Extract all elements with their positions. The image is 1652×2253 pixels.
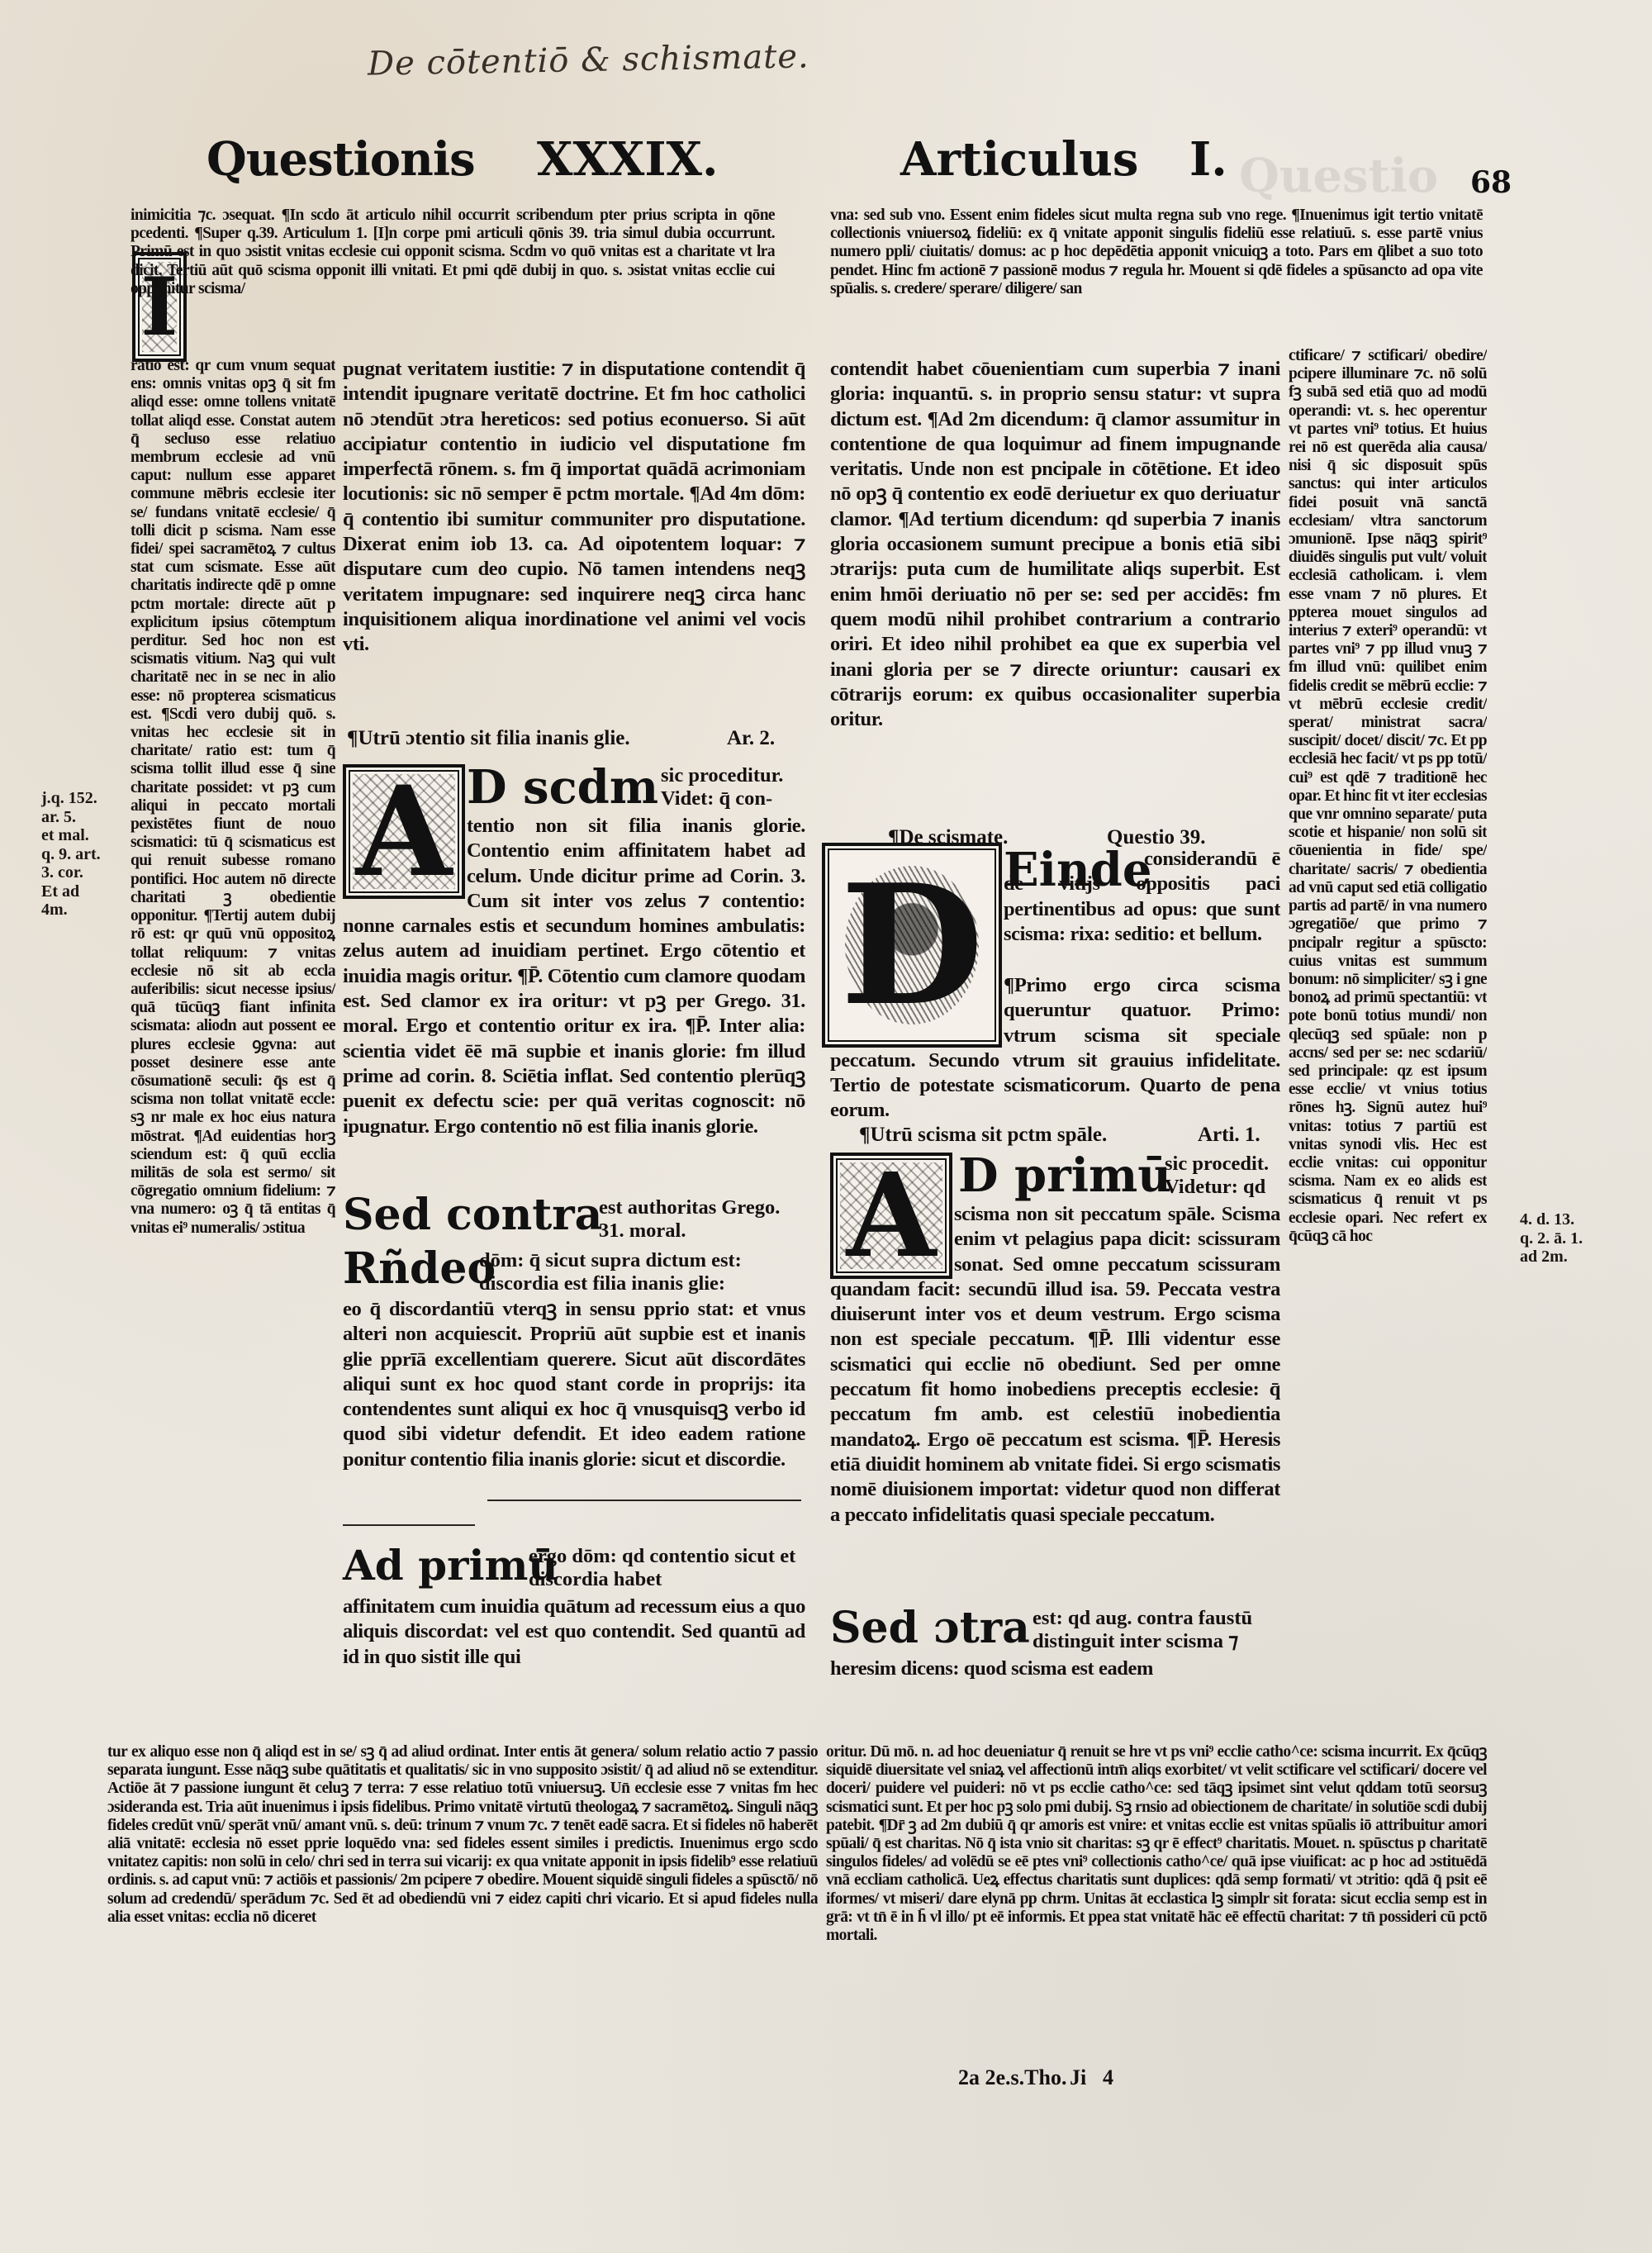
sed-contra-body-2-text: heresim dicens: quod scisma est eadem (830, 1657, 1153, 1680)
article-2-rubric: ¶Utrū ɔtentio sit filia inanis glie. (347, 727, 630, 750)
main-right-opening-text: contendit habet cōuenientiam cum superbi… (830, 358, 1280, 730)
commentary-right-column-text: ctificare/ ⁊ sctificari/ obedire/ pciper… (1289, 347, 1487, 1245)
commentary-right-column: ctificare/ ⁊ sctificari/ obedire/ pciper… (1289, 347, 1487, 1727)
article-1-label: Arti. 1. (1198, 1124, 1260, 1147)
sed-contra-body-2: heresim dicens: quod scisma est eadem (830, 1656, 1280, 1685)
sed-contra-heading-2: Sed ɔtra (830, 1607, 1030, 1650)
sed-contra-side-2: est: qd aug. contra faustū distinguit in… (1032, 1607, 1280, 1653)
sed-contra-text: est authoritas Grego. 31. moral. (599, 1196, 805, 1243)
incipit-deinde-side-text: considerandū ē de vitijs oppositis paci … (1004, 848, 1280, 945)
incipit-ad-primum: D primū (958, 1153, 1171, 1199)
article-2-number: Ar. 2. (727, 727, 775, 750)
running-head-question-label: Questionis (206, 132, 475, 187)
article-2-title: ¶Utrū ɔtentio sit filia inanis glie. (347, 727, 630, 749)
signature-mark: Ji (1070, 2065, 1086, 2090)
running-head-article-label: Articulus (900, 132, 1138, 187)
handwritten-annotation: De cōtentiō & schismate. (368, 37, 809, 83)
commentary-top-left-text: inimicitia ⁊c. ɔsequat. ¶In scdo āt arti… (131, 207, 775, 297)
incipit-ad-secundum: D scdm (467, 764, 658, 810)
incipit-ad-primum-side: sic procedit. Videtur: qd (1165, 1153, 1280, 1199)
ink-underline (343, 1524, 475, 1526)
main-right-opening: contendit habet cōuenientiam cum superbi… (830, 357, 1280, 824)
commentary-bottom-left-text: tur ex aliquo esse non q̄ aliqd est in s… (107, 1743, 818, 1926)
ad-primum-side-text: ergo dōm: qd contentio sicut et discordi… (529, 1545, 805, 1591)
sed-contra-heading: Sed contra (343, 1194, 602, 1237)
article-1-rubric: ¶Utrū scisma sit pctm spāle. (859, 1124, 1107, 1147)
respondeo-heading: Rñdeo (343, 1248, 496, 1290)
commentary-top-right: vna: sed sub vno. Essent enim fideles si… (830, 207, 1483, 347)
respondeo-body-text: eo q̄ discordantiū vterqꝫ in sensu pprio… (343, 1298, 805, 1471)
commentary-bottom-left: tur ex aliquo esse non q̄ aliqd est in s… (107, 1743, 818, 2057)
ad-primum-body-text: affinitatem cum inuidia quātum ad recess… (343, 1595, 805, 1668)
respondeo-side-text: dōm: q̄ sicut supra dictum est: discordi… (479, 1249, 805, 1295)
woodcut-initial-A-2: A (830, 1153, 952, 1279)
ad-primum-heading: Ad primū (343, 1545, 558, 1586)
folio-number: 68 (1470, 165, 1512, 200)
ink-underline (487, 1500, 801, 1501)
signature-number: 4 (1103, 2065, 1113, 2090)
commentary-left-column-text: ratio est: qr cum vnum sequat ens: omnis… (131, 357, 335, 1237)
incipit-side-text: sic proceditur. Videt: q̄ con- (661, 764, 805, 810)
signature-title: 2a 2e.s.Tho. (958, 2065, 1066, 2090)
woodcut-initial-D-portrait: D (822, 843, 1002, 1048)
commentary-left-column: ratio est: qr cum vnum sequat ens: omnis… (131, 357, 335, 1712)
show-through-text: Questio (1239, 149, 1438, 203)
main-left-opening-text: pugnat veritatem iustitie: ⁊ in disputat… (343, 358, 805, 655)
running-head-article-number: I. (1189, 132, 1227, 187)
woodcut-initial-A: A (343, 764, 465, 899)
margin-note-right: 4. d. 13. q. 2. ā. 1. ad 2m. (1520, 1210, 1583, 1267)
respondeo-body: eo q̄ discordantiū vterqꝫ in sensu pprio… (343, 1297, 805, 1520)
commentary-bottom-right-text: oritur. Dū mō. n. ad hoc deueniatur q̄ r… (826, 1743, 1487, 1944)
commentary-top-left: inimicitia ⁊c. ɔsequat. ¶In scdo āt arti… (131, 207, 775, 355)
margin-note-left: j.q. 152. ar. 5. et mal. q. 9. art. 3. c… (41, 789, 101, 920)
main-left-opening: pugnat veritatem iustitie: ⁊ in disputat… (343, 357, 805, 720)
incipit-deinde-side: considerandū ē de vitijs oppositis paci … (1004, 847, 1280, 971)
ad-primum-body: affinitatem cum inuidia quātum ad recess… (343, 1595, 805, 1698)
running-head-question-number: XXXIX. (537, 132, 719, 187)
commentary-top-right-text: vna: sed sub vno. Essent enim fideles si… (830, 207, 1483, 297)
commentary-bottom-right: oritur. Dū mō. n. ad hoc deueniatur q̄ r… (826, 1743, 1487, 2057)
